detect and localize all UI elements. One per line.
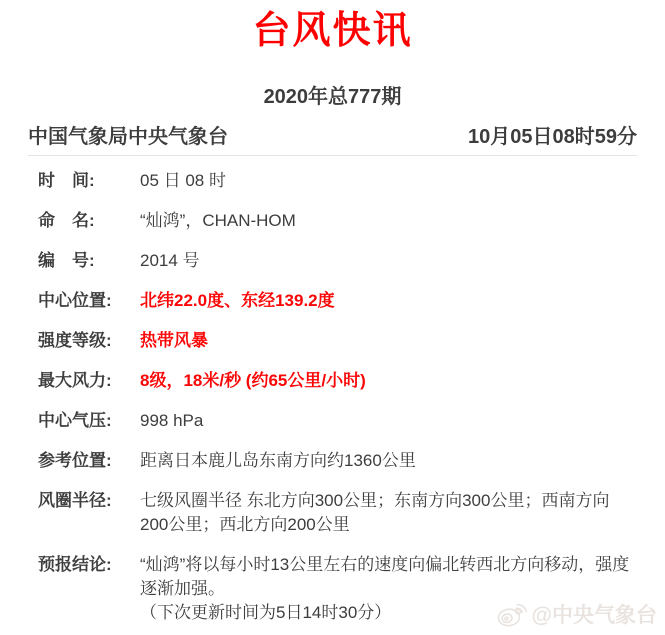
header-divider (28, 155, 637, 156)
field-value: 七级风圈半径 东北方向300公里；东南方向300公里；西南方向200公里；西北方… (140, 489, 637, 537)
field-label: 中心位置: (38, 289, 140, 313)
field-value-line1: 05 日 08 时 (140, 169, 637, 193)
info-row: 中心位置: 北纬22.0度、东经139.2度 (38, 289, 637, 313)
field-value: 2014 号 (140, 249, 637, 273)
field-label: 编 号: (38, 249, 140, 273)
field-value-line1: 七级风圈半径 东北方向300公里；东南方向300公里；西南方向200公里；西北方… (140, 489, 637, 537)
info-row: 中心气压: 998 hPa (38, 409, 637, 433)
field-value-line1: 2014 号 (140, 249, 637, 273)
info-row: 时 间: 05 日 08 时 (38, 169, 637, 193)
field-value: 北纬22.0度、东经139.2度 (140, 289, 637, 313)
info-row: 强度等级: 热带风暴 (38, 329, 637, 353)
field-value: 热带风暴 (140, 329, 637, 353)
field-value-line1: “灿鸿”，CHAN-HOM (140, 209, 637, 233)
field-value: 距离日本鹿儿岛东南方向约1360公里 (140, 449, 637, 473)
field-value: 998 hPa (140, 409, 637, 433)
field-value: 8级，18米/秒 (约65公里/小时) (140, 369, 637, 393)
field-value: “灿鸿”将以每小时13公里左右的速度向偏北转西北方向移动，强度逐渐加强。 （下次… (140, 553, 637, 625)
field-label: 命 名: (38, 209, 140, 233)
bulletin-title: 台风快讯 (0, 0, 665, 54)
info-row: 最大风力: 8级，18米/秒 (约65公里/小时) (38, 369, 637, 393)
field-value: “灿鸿”，CHAN-HOM (140, 209, 637, 233)
field-label: 风圈半径: (38, 489, 140, 513)
field-value-line2: （下次更新时间为5日14时30分） (140, 601, 637, 625)
field-label: 强度等级: (38, 329, 140, 353)
field-label: 中心气压: (38, 409, 140, 433)
typhoon-bulletin: 台风快讯 2020年总777期 中国气象局中央气象台 10月05日08时59分 … (0, 0, 665, 635)
info-row: 命 名: “灿鸿”，CHAN-HOM (38, 209, 637, 233)
field-label: 参考位置: (38, 449, 140, 473)
field-label: 预报结论: (38, 553, 140, 577)
issue-number: 2020年总777期 (0, 86, 665, 108)
field-label: 最大风力: (38, 369, 140, 393)
info-row: 预报结论: “灿鸿”将以每小时13公里左右的速度向偏北转西北方向移动，强度逐渐加… (38, 553, 637, 625)
field-value: 05 日 08 时 (140, 169, 637, 193)
agency-name: 中国气象局中央气象台 (28, 126, 228, 148)
info-row: 参考位置: 距离日本鹿儿岛东南方向约1360公里 (38, 449, 637, 473)
info-row: 编 号: 2014 号 (38, 249, 637, 273)
bulletin-fields: 时 间: 05 日 08 时 命 名: “灿鸿”，CHAN-HOM 编 号: 2… (0, 169, 665, 625)
field-value-line1: 距离日本鹿儿岛东南方向约1360公里 (140, 449, 637, 473)
publish-datetime: 10月05日08时59分 (468, 126, 637, 148)
meta-row: 中国气象局中央气象台 10月05日08时59分 (0, 126, 665, 148)
field-value-line1: “灿鸿”将以每小时13公里左右的速度向偏北转西北方向移动，强度逐渐加强。 (140, 553, 637, 601)
field-value-line1: 998 hPa (140, 409, 637, 433)
info-row: 风圈半径: 七级风圈半径 东北方向300公里；东南方向300公里；西南方向200… (38, 489, 637, 537)
field-value-line1: 北纬22.0度、东经139.2度 (140, 289, 637, 313)
field-value-line1: 热带风暴 (140, 329, 637, 353)
field-label: 时 间: (38, 169, 140, 193)
field-value-line1: 8级，18米/秒 (约65公里/小时) (140, 369, 637, 393)
